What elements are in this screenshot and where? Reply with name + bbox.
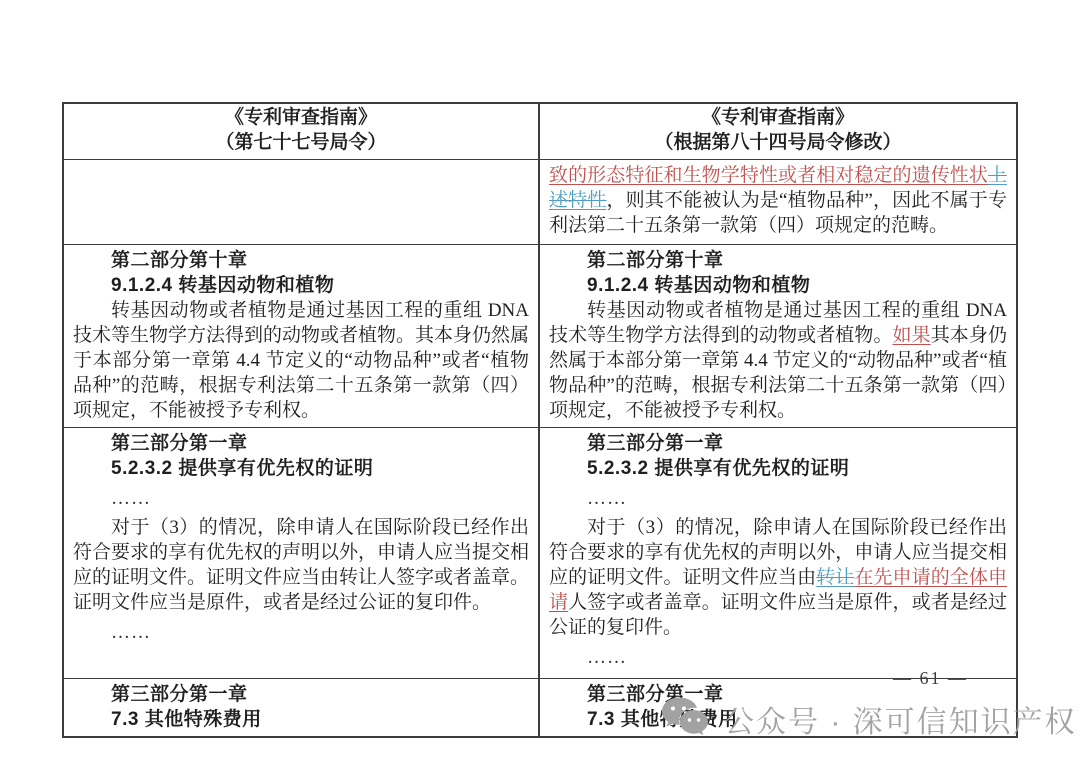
watermark-text: 公众号 · 深可信知识产权	[724, 697, 1077, 741]
old-version-title: 《专利审查指南》	[73, 105, 529, 130]
new-version-title: 《专利审查指南》	[549, 105, 1007, 130]
old-version-column-header: 《专利审查指南》 （第七十七号局令）	[64, 104, 540, 159]
body-text: 转基因动物或者植物是通过基因工程的重组 DNA 技术等生物学方法得到的动物或者植…	[73, 300, 529, 421]
document-page: 《专利审查指南》 （第七十七号局令） 《专利审查指南》 （根据第八十四号局令修改…	[0, 0, 1080, 764]
old-version-empty-cell	[64, 160, 540, 244]
subsection-heading: 9.1.2.4 转基因动物和植物	[73, 273, 529, 298]
old-version-cell: 第三部分第一章 5.2.3.2 提供享有优先权的证明 …… 对于（3）的情况，除…	[64, 428, 540, 678]
old-version-cell: 第三部分第一章 7.3 其他特殊费用	[64, 679, 540, 736]
ellipsis: ……	[549, 486, 1007, 511]
table-row-transgenic: 第二部分第十章 9.1.2.4 转基因动物和植物 转基因动物或者植物是通过基因工…	[64, 244, 1016, 427]
subsection-heading: 7.3 其他特殊费用	[73, 707, 529, 732]
table-row-priority-proof: 第三部分第一章 5.2.3.2 提供享有优先权的证明 …… 对于（3）的情况，除…	[64, 427, 1016, 678]
new-version-continuation-cell: 致的形态特征和生物学特性或者相对稳定的遗传性状上述特性，则其不能被认为是“植物品…	[540, 160, 1016, 244]
ellipsis: ……	[73, 620, 529, 645]
table-row-continuation: 致的形态特征和生物学特性或者相对稳定的遗传性状上述特性，则其不能被认为是“植物品…	[64, 159, 1016, 244]
revised-paragraph: 转基因动物或者植物是通过基因工程的重组 DNA 技术等生物学方法得到的动物或者植…	[549, 298, 1007, 423]
section-heading: 第三部分第一章	[73, 682, 529, 707]
old-version-cell: 第二部分第十章 9.1.2.4 转基因动物和植物 转基因动物或者植物是通过基因工…	[64, 245, 540, 427]
page-number: — 61 —	[893, 668, 968, 689]
new-version-cell: 第三部分第一章 5.2.3.2 提供享有优先权的证明 …… 对于（3）的情况，除…	[540, 428, 1016, 678]
new-version-cell: 第二部分第十章 9.1.2.4 转基因动物和植物 转基因动物或者植物是通过基因工…	[540, 245, 1016, 427]
subsection-heading: 5.2.3.2 提供享有优先权的证明	[73, 456, 529, 481]
original-paragraph: 转基因动物或者植物是通过基因工程的重组 DNA 技术等生物学方法得到的动物或者植…	[73, 298, 529, 423]
new-version-column-header: 《专利审查指南》 （根据第八十四号局令修改）	[540, 104, 1016, 159]
ellipsis: ……	[73, 486, 529, 511]
inserted-text: 如果	[893, 325, 931, 346]
new-version-subtitle: （根据第八十四号局令修改）	[549, 130, 1007, 155]
section-heading: 第二部分第十章	[73, 248, 529, 273]
comparison-table: 《专利审查指南》 （第七十七号局令） 《专利审查指南》 （根据第八十四号局令修改…	[62, 102, 1018, 738]
deleted-text: 转让	[816, 567, 854, 588]
wechat-icon	[660, 696, 710, 742]
original-paragraph: 对于（3）的情况，除申请人在国际阶段已经作出符合要求的享有优先权的声明以外，申请…	[73, 515, 529, 615]
body-text: 人签字或者盖章。证明文件应当是原件，或者是经过公证的复印件。	[549, 592, 1007, 638]
revised-paragraph: 致的形态特征和生物学特性或者相对稳定的遗传性状上述特性，则其不能被认为是“植物品…	[549, 163, 1007, 238]
body-text: 对于（3）的情况，除申请人在国际阶段已经作出符合要求的享有优先权的声明以外，申请…	[73, 517, 529, 613]
ellipsis: ……	[549, 645, 1007, 670]
table-header-row: 《专利审查指南》 （第七十七号局令） 《专利审查指南》 （根据第八十四号局令修改…	[64, 104, 1016, 159]
section-heading: 第三部分第一章	[549, 431, 1007, 456]
old-version-subtitle: （第七十七号局令）	[73, 130, 529, 155]
section-heading: 第三部分第一章	[73, 431, 529, 456]
subsection-heading: 5.2.3.2 提供享有优先权的证明	[549, 456, 1007, 481]
watermark: 公众号 · 深可信知识产权	[660, 696, 1077, 742]
inserted-text: 致的形态特征和生物学特性或者相对稳定的遗传性状	[549, 165, 988, 186]
revised-paragraph: 对于（3）的情况，除申请人在国际阶段已经作出符合要求的享有优先权的声明以外，申请…	[549, 515, 1007, 640]
subsection-heading: 9.1.2.4 转基因动物和植物	[549, 273, 1007, 298]
body-text: ，则其不能被认为是“植物品种”，因此不属于专利法第二十五条第一款第（四）项规定的…	[549, 190, 1007, 236]
section-heading: 第二部分第十章	[549, 248, 1007, 273]
